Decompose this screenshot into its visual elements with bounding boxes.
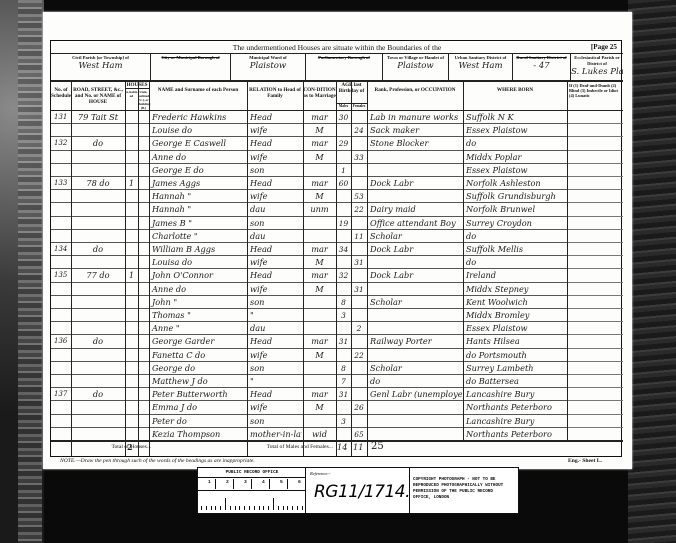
person-name: Louise do: [150, 124, 246, 137]
sheet-label: Eng.- Sheet L.: [568, 458, 602, 464]
birthplace: Hants Hilsea: [464, 335, 566, 348]
males-header: Males: [336, 104, 351, 109]
male-age: 29: [337, 137, 350, 150]
record-office-label: PUBLIC RECORD OFFICE 123456 Reference:- …: [197, 467, 519, 514]
district-value: West Ham: [449, 61, 512, 72]
district-label: Civil Parish [or Township] of: [51, 54, 150, 61]
person-name: Anne ": [150, 322, 246, 335]
relation-to-head: ": [248, 309, 302, 322]
ruler-scale: 123456: [198, 479, 306, 512]
total-females: 11: [353, 441, 367, 454]
person-name: Emma J do: [150, 401, 246, 414]
table-row: James B "son19Office attendant BoySurrey…: [51, 217, 623, 230]
scale-tick: [273, 498, 274, 510]
column-divider: [303, 81, 304, 456]
relation-to-head: wife: [248, 401, 302, 414]
schedule-number: 136: [52, 335, 70, 348]
table-row: George doson8ScholarSurrey Lambeth: [51, 362, 623, 375]
birthplace: Northants Peterboro: [464, 428, 566, 441]
scale-tick: [211, 506, 212, 510]
male-age: 8: [337, 296, 350, 309]
copyright-notice: COPYRIGHT PHOTOGRAPH - NOT TO BE REPRODU…: [413, 477, 511, 501]
footer-note: NOTE.—Draw the pen through such of the w…: [60, 458, 255, 464]
female-age: 31: [352, 256, 366, 269]
birthplace: do Battersea: [464, 375, 566, 388]
table-row: Hannah "dauunm22Dairy maidNorfolk Brunwe…: [51, 203, 623, 216]
marital-condition: mar: [304, 388, 335, 401]
females-header: Females: [351, 104, 367, 109]
district-label: Town or Village or Hamlet of: [383, 54, 448, 61]
col-road-header: ROAD, STREET, &c., and No. or NAME of HO…: [71, 87, 125, 105]
scale-tick: [283, 506, 284, 510]
relation-to-head: son: [248, 362, 302, 375]
female-age: 33: [352, 151, 366, 164]
relation-to-head: wife: [248, 349, 302, 362]
person-name: William B Aggs: [150, 243, 246, 256]
person-name: George E do: [150, 164, 246, 177]
marital-condition: wid: [304, 428, 335, 441]
birthplace: Kent Woolwich: [464, 296, 566, 309]
male-age: 34: [337, 243, 350, 256]
column-divider: [125, 81, 126, 456]
person-name: Frederic Hawkins: [150, 111, 246, 124]
column-divider: [149, 81, 150, 456]
birthplace: do: [464, 230, 566, 243]
column-divider: [367, 81, 368, 456]
birthplace: Suffolk Mellis: [464, 243, 566, 256]
schedule-number: 137: [52, 388, 70, 401]
occupation: Office attendant Boy: [368, 217, 462, 230]
birthplace: Surrey Croydon: [464, 217, 566, 230]
table-row: 137doPeter ButterworthHeadmar31Genl Labr…: [51, 388, 623, 401]
relation-to-head: son: [248, 217, 302, 230]
scale-number: 1: [208, 480, 211, 485]
female-age: 22: [352, 203, 366, 216]
schedule-number: 133: [52, 177, 70, 190]
occupation: Dairy maid: [368, 203, 462, 216]
occupation: Dock Labr: [368, 177, 462, 190]
female-age: 22: [352, 349, 366, 362]
copyright-cell: COPYRIGHT PHOTOGRAPH - NOT TO BE REPRODU…: [410, 468, 518, 513]
table-row: 134doWilliam B AggsHeadmar34Dock LabrSuf…: [51, 243, 623, 256]
col-relation-header: RELATION to Head of Family: [247, 87, 303, 99]
col-schedule-header: No. of Schedule: [51, 87, 71, 99]
occupation: Scholar: [368, 230, 462, 243]
uninhabited-header: Unin-habited (U.), or Building (B.): [138, 90, 149, 110]
district-label: City or Municipal Borough of: [151, 54, 230, 61]
district-label: Urban Sanitary District of: [449, 54, 512, 61]
relation-to-head: dau: [248, 203, 302, 216]
birthplace: do Portsmouth: [464, 349, 566, 362]
scale-number: 2: [226, 480, 229, 485]
male-age: 31: [337, 335, 350, 348]
district-value: Plaistow: [383, 61, 448, 72]
table-row: Anne dowifeM33Middx Poplar: [51, 151, 623, 164]
column-divider: [336, 81, 337, 456]
table-row: Louisa dowifeM31do: [51, 256, 623, 269]
birthplace: do: [464, 137, 566, 150]
birthplace: Essex Plaistow: [464, 322, 566, 335]
reference-number: RG11/1714.: [314, 482, 410, 502]
col-born-header: WHERE BORN: [463, 87, 567, 93]
scan-left-margin: [0, 0, 44, 543]
male-age: 1: [337, 164, 350, 177]
table-row: 13179 Tait StFrederic HawkinsHeadmar30La…: [51, 111, 623, 124]
female-age: 11: [352, 230, 366, 243]
sheet-title: The undermentioned Houses are situate wi…: [51, 43, 623, 52]
marital-condition: mar: [304, 137, 335, 150]
scale-tick: [263, 506, 264, 510]
page-number: [Page 25: [591, 43, 617, 51]
reference-label: Reference:-: [310, 471, 330, 476]
relation-to-head: Head: [248, 335, 302, 348]
total-combined: 25: [371, 440, 401, 453]
relation-to-head: Head: [248, 137, 302, 150]
scale-tick: [268, 506, 269, 510]
person-name: Anne do: [150, 151, 246, 164]
column-divider: [71, 81, 72, 456]
scan-right-margin: [628, 0, 676, 543]
district-value: Plaistow: [231, 61, 305, 72]
schedule-number: 131: [52, 111, 70, 124]
houses-header: HOUSES: [125, 82, 149, 89]
col-condition-header: CON-DITION as to Marriage: [303, 87, 336, 99]
total-males: 14: [337, 441, 351, 454]
relation-to-head: Head: [248, 269, 302, 282]
male-age: 60: [337, 177, 350, 190]
table-row: John "son8ScholarKent Woolwich: [51, 296, 623, 309]
scale-tick: [220, 506, 221, 510]
district-cell: Civil Parish [or Township] ofWest Ham: [51, 54, 151, 80]
table-row: Emma J dowifeM26Northants Peterboro: [51, 401, 623, 414]
total-persons-label: Total of Males and Females...: [201, 444, 333, 450]
birthplace: Norfolk Brunwel: [464, 203, 566, 216]
male-age: 3: [337, 415, 350, 428]
road-address: do: [72, 137, 124, 150]
marital-condition: mar: [304, 111, 335, 124]
marital-condition: mar: [304, 269, 335, 282]
district-label: Rural Sanitary District of: [513, 54, 570, 61]
occupation: Scholar: [368, 362, 462, 375]
occupation: Dock Labr: [368, 269, 462, 282]
person-name: Thomas ": [150, 309, 246, 322]
district-value: West Ham: [51, 61, 150, 72]
scale-cell: PUBLIC RECORD OFFICE 123456: [198, 468, 306, 513]
inhabited-header: In-habit-ed: [125, 90, 138, 98]
table-row: Hannah "wifeM53Suffolk Grundisburgh: [51, 190, 623, 203]
birthplace: Middx Bromley: [464, 309, 566, 322]
person-name: Hannah ": [150, 190, 246, 203]
scale-tick: [249, 506, 250, 510]
col-occupation-header: Rank, Profession, or OCCUPATION: [367, 87, 463, 93]
scale-tick: [292, 506, 293, 510]
district-label: Ecclesiastical Parish or District of: [571, 54, 623, 67]
scale-tick: [259, 506, 260, 510]
relation-to-head: Head: [248, 177, 302, 190]
scale-number: 6: [298, 480, 301, 485]
relation-to-head: wife: [248, 190, 302, 203]
table-row: Anne dowifeM31Middx Stepney: [51, 283, 623, 296]
road-address: 77 do: [72, 269, 124, 282]
schedule-number: 132: [52, 137, 70, 150]
occupation: Stone Blocker: [368, 137, 462, 150]
column-divider: [138, 81, 139, 456]
male-age: 7: [337, 375, 350, 388]
person-name: Matthew J do: [150, 375, 246, 388]
person-name: Anne do: [150, 283, 246, 296]
female-age: 53: [352, 190, 366, 203]
relation-to-head: wife: [248, 256, 302, 269]
birthplace: Surrey Lambeth: [464, 362, 566, 375]
birthplace: Suffolk N K: [464, 111, 566, 124]
marital-condition: mar: [304, 335, 335, 348]
birthplace: Norfolk Ashleston: [464, 177, 566, 190]
marital-condition: mar: [304, 177, 335, 190]
relation-to-head: wife: [248, 124, 302, 137]
scale-number: 4: [262, 480, 265, 485]
column-divider: [351, 81, 352, 456]
male-age: 8: [337, 362, 350, 375]
male-age: 31: [337, 388, 350, 401]
scale-tick: [230, 506, 231, 510]
person-name: Charlotte ": [150, 230, 246, 243]
road-address: 79 Tait St: [72, 111, 124, 124]
birthplace: Essex Plaistow: [464, 124, 566, 137]
person-name: Peter do: [150, 415, 246, 428]
person-name: John ": [150, 296, 246, 309]
district-cell: Rural Sanitary District of- 47: [513, 54, 571, 80]
relation-to-head: dau: [248, 322, 302, 335]
col-name-header: NAME and Surname of each Person: [149, 87, 247, 93]
marital-condition: M: [304, 190, 335, 203]
marital-condition: M: [304, 401, 335, 414]
schedule-number: 134: [52, 243, 70, 256]
district-cell: Ecclesiastical Parish or District ofS. L…: [571, 54, 623, 80]
district-value: S. Lukes Plaistow: [571, 67, 623, 78]
male-age: 19: [337, 217, 350, 230]
birthplace: Middx Stepney: [464, 283, 566, 296]
occupation: do: [368, 375, 462, 388]
scale-tick: [225, 498, 226, 510]
marital-condition: M: [304, 151, 335, 164]
relation-to-head: dau: [248, 230, 302, 243]
person-name: James B ": [150, 217, 246, 230]
birthplace: Lancashire Bury: [464, 388, 566, 401]
relation-to-head: Head: [248, 388, 302, 401]
table-row: Anne "dau2Essex Plaistow: [51, 322, 623, 335]
schedule-number: 135: [52, 269, 70, 282]
column-divider: [463, 81, 464, 441]
relation-to-head: mother-in-law: [248, 428, 302, 441]
marital-condition: M: [304, 256, 335, 269]
female-age: 24: [352, 124, 366, 137]
marital-condition: M: [304, 283, 335, 296]
birthplace: Suffolk Grundisburgh: [464, 190, 566, 203]
occupation: Railway Porter: [368, 335, 462, 348]
table-row: Thomas ""3Middx Bromley: [51, 309, 623, 322]
scale-tick: [235, 506, 236, 510]
district-cell: Urban Sanitary District ofWest Ham: [449, 54, 513, 80]
male-age: 32: [337, 269, 350, 282]
census-sheet: The undermentioned Houses are situate wi…: [50, 40, 622, 457]
table-row: Kezia Thompsonmother-in-lawwid65Northant…: [51, 428, 623, 441]
district-cell: City or Municipal Borough of: [151, 54, 231, 80]
marital-condition: M: [304, 124, 335, 137]
occupation: Lab in manure works: [368, 111, 462, 124]
column-divider: [247, 81, 248, 456]
birthplace: Northants Peterboro: [464, 401, 566, 414]
person-name: Kezia Thompson: [150, 428, 246, 441]
table-row: 132doGeorge E CaswellHeadmar29Stone Bloc…: [51, 137, 623, 150]
table-row: Fanetta C dowifeM22do Portsmouth: [51, 349, 623, 362]
person-name: George Garder: [150, 335, 246, 348]
reference-cell: Reference:- RG11/1714.: [306, 468, 410, 513]
birthplace: Middx Poplar: [464, 151, 566, 164]
person-name: John O'Connor: [150, 269, 246, 282]
person-name: Louisa do: [150, 256, 246, 269]
col-infirmity-header: If (1) Deaf-and-Dumb (2) Blind (3) Imbec…: [567, 83, 623, 98]
scale-tick: [215, 506, 216, 510]
female-age: 65: [352, 428, 366, 441]
road-address: do: [72, 388, 124, 401]
scale-number: 3: [244, 480, 247, 485]
scale-tick: [278, 506, 279, 510]
relation-to-head: son: [248, 164, 302, 177]
table-row: Charlotte "dau11Scholardo: [51, 230, 623, 243]
relation-to-head: wife: [248, 151, 302, 164]
person-name: George do: [150, 362, 246, 375]
table-row: 13577 do1John O'ConnorHeadmar32Dock Labr…: [51, 269, 623, 282]
male-age: 30: [337, 111, 350, 124]
road-address: do: [72, 335, 124, 348]
road-address: do: [72, 243, 124, 256]
inhabited-count: 1: [126, 269, 137, 282]
female-age: 31: [352, 283, 366, 296]
relation-to-head: ": [248, 375, 302, 388]
birthplace: Lancashire Bury: [464, 415, 566, 428]
district-label: Parliamentary Borough of: [306, 54, 382, 61]
table-row: George E doson1Essex Plaistow: [51, 164, 623, 177]
scale-tick: [297, 506, 298, 510]
office-name: PUBLIC RECORD OFFICE: [198, 470, 306, 478]
occupation: Genl Labr (unemployed): [368, 388, 462, 401]
person-name: George E Caswell: [150, 137, 246, 150]
table-row: 136doGeorge GarderHeadmar31Railway Porte…: [51, 335, 623, 348]
table-row: Louise dowifeM24Sack makerEssex Plaistow: [51, 124, 623, 137]
male-age: 3: [337, 309, 350, 322]
scale-tick: [201, 506, 202, 510]
occupation: Sack maker: [368, 124, 462, 137]
district-label: Municipal Ward of: [231, 54, 305, 61]
female-age: 2: [352, 322, 366, 335]
road-address: 78 do: [72, 177, 124, 190]
district-value: - 47: [513, 61, 570, 72]
relation-to-head: Head: [248, 243, 302, 256]
person-name: Hannah ": [150, 203, 246, 216]
marital-condition: mar: [304, 243, 335, 256]
birthplace: do: [464, 256, 566, 269]
occupation: Dock Labr: [368, 243, 462, 256]
marital-condition: unm: [304, 203, 335, 216]
scale-tick: [206, 506, 207, 510]
district-cell: Parliamentary Borough of: [306, 54, 383, 80]
district-cell: Municipal Ward ofPlaistow: [231, 54, 306, 80]
birthplace: Ireland: [464, 269, 566, 282]
person-name: James Aggs: [150, 177, 246, 190]
relation-to-head: wife: [248, 283, 302, 296]
inhabited-count: 1: [126, 177, 137, 190]
occupation: Scholar: [368, 296, 462, 309]
table-row: 13378 do1James AggsHeadmar60Dock LabrNor…: [51, 177, 623, 190]
person-name: Fanetta C do: [150, 349, 246, 362]
table-row: Peter doson3Lancashire Bury: [51, 415, 623, 428]
female-age: 26: [352, 401, 366, 414]
scale-tick: [302, 506, 303, 510]
scale-tick: [254, 506, 255, 510]
birthplace: Essex Plaistow: [464, 164, 566, 177]
marital-condition: M: [304, 349, 335, 362]
scale-number: 5: [280, 480, 283, 485]
district-cell: Town or Village or Hamlet ofPlaistow: [383, 54, 449, 80]
person-name: Peter Butterworth: [150, 388, 246, 401]
relation-to-head: son: [248, 296, 302, 309]
column-divider: [567, 81, 568, 441]
table-row: Matthew J do"7dodo Battersea: [51, 375, 623, 388]
scale-tick: [287, 506, 288, 510]
relation-to-head: son: [248, 415, 302, 428]
scale-tick: [244, 506, 245, 510]
relation-to-head: Head: [248, 111, 302, 124]
scale-tick: [239, 506, 240, 510]
